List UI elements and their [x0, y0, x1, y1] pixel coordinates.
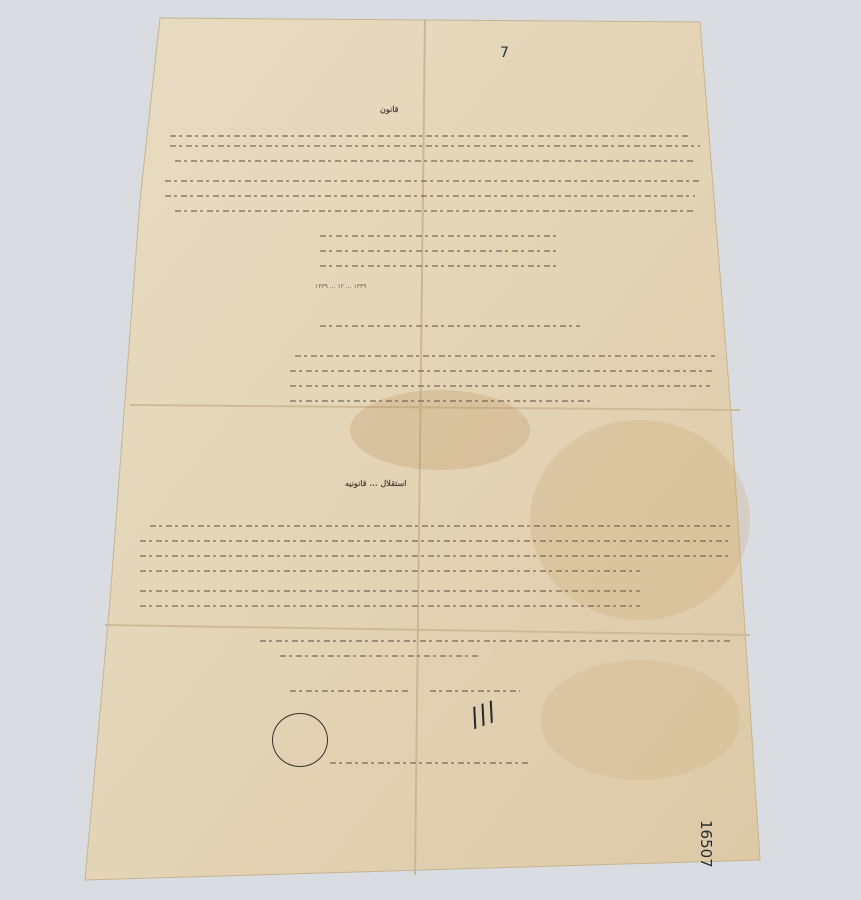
section-title-3: استقلال ... قانونيه — [345, 478, 406, 488]
seal-circle — [272, 713, 328, 767]
section-title-1: قانون — [380, 104, 399, 114]
corner-number: 16507 — [697, 820, 715, 868]
top-mark: 7 — [500, 45, 509, 61]
date-line: ۱۳۳۹ ... ۱۲ ... ۱۳۳۹ — [315, 283, 366, 290]
